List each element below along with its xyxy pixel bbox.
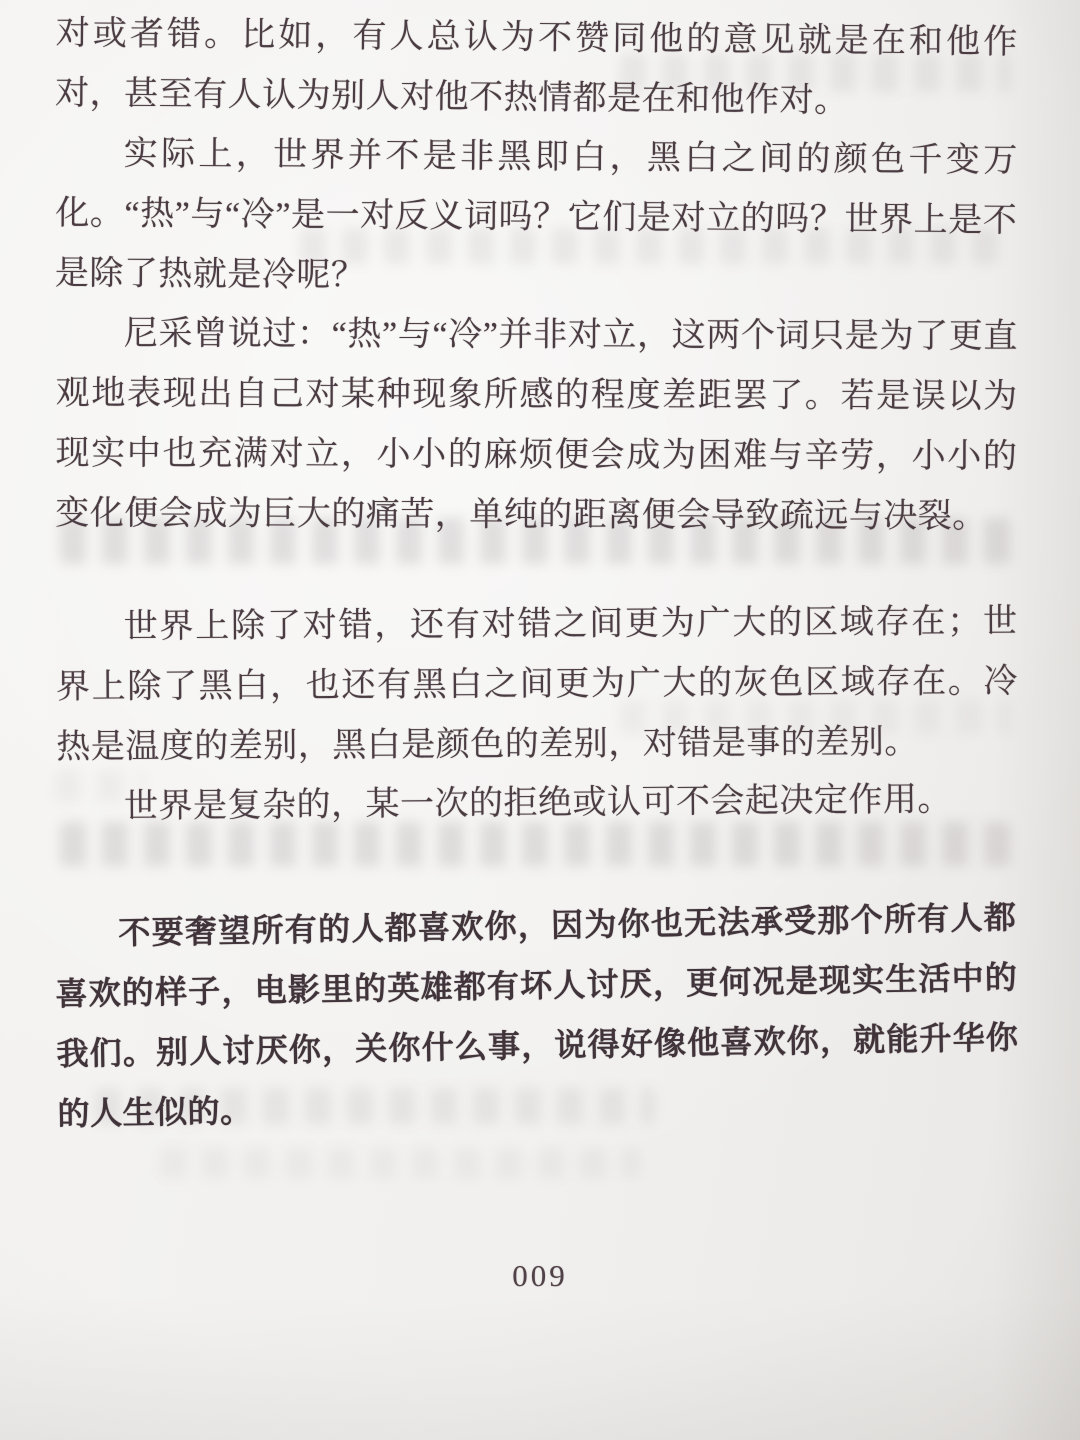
paragraph: 实际上，世界并不是非黑即白，黑白之间的颜色千变万化。“热”与“冷”是一对反义词吗… [55, 124, 1018, 312]
bleed-through-artifact [160, 1148, 640, 1178]
paragraph: 世界是复杂的，某一次的拒绝或认可不会起决定作用。 [56, 770, 1018, 838]
book-page: 对或者错。比如，有人总认为不赞同他的意见就是在和他作对，甚至有人认为别人对他不热… [0, 0, 1080, 1440]
paragraph-bold-emphasis: 不要奢望所有的人都喜欢你，因为你也无法承受那个所有人都喜欢的样子，电影里的英雄都… [54, 887, 1020, 1144]
paragraph: 尼采曾说过：“热”与“冷”并非对立，这两个词只是为了更直观地表现出自己对某种现象… [55, 304, 1018, 547]
paragraph-section-start: 世界上除了对错，还有对错之间更为广大的区域存在；世界上除了黑白，也还有黑白之间更… [55, 592, 1018, 778]
text-column: 对或者错。比如，有人总认为不赞同他的意见就是在和他作对，甚至有人认为别人对他不热… [56, 4, 1018, 1144]
paragraph-continuation: 对或者错。比如，有人总认为不赞同他的意见就是在和他作对，甚至有人认为别人对他不热… [55, 4, 1018, 133]
page-number: 009 [0, 1258, 1080, 1294]
